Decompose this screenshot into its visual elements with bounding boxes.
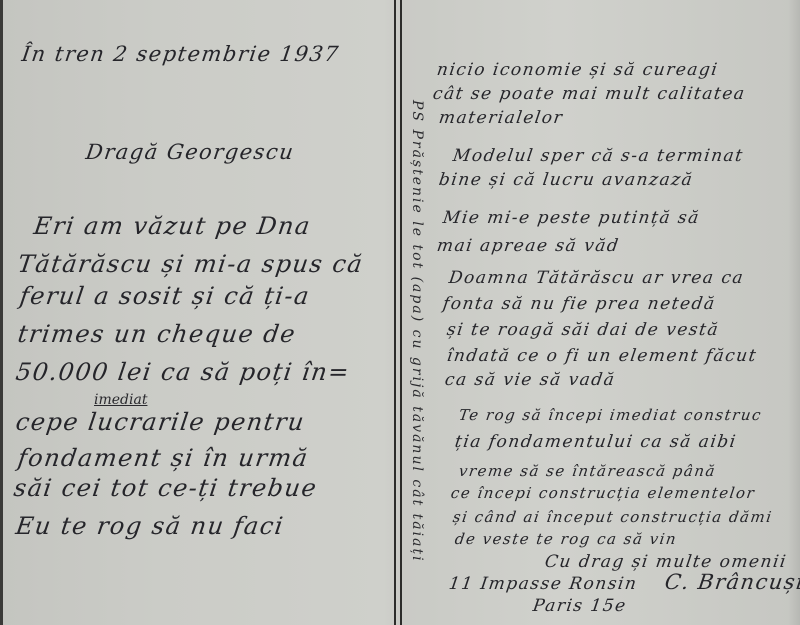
letter-line: materialelor [438,108,565,128]
letter-line: Mie mi-e peste putință să [442,208,702,228]
letter-line: ca să vie să vadă [444,370,617,390]
letter-line: Eu te rog să nu faci [14,512,286,540]
dateline: În tren 2 septembrie 1937 [20,42,341,66]
letter-line: îndată ce o fi un element făcut [446,346,759,366]
signature: C. Brâncuși [663,570,800,594]
letter-line: ferul a sosit și că ți-a [18,282,312,310]
address-line: 11 Impasse Ronsin [448,574,639,594]
letter-line: 50.000 lei ca să poți în= [14,358,352,386]
page-edge [0,0,3,625]
page-fold-line [400,0,402,625]
letter-line: Doamna Tătărăscu ar vrea ca [448,268,746,288]
right-page: PS Prăștenie le tot (apa) cu grijă tăvăn… [403,0,800,625]
letter-line: nicio iconomie și să cureagi [436,60,720,80]
letter-line: Eri am văzut pe Dna [32,212,313,240]
letter-line: cepe lucrarile pentru [14,408,307,436]
address-line: Paris 15e [532,596,629,616]
letter-line: ția fondamentului ca să aibi [454,432,738,452]
letter-line: mai apreae să văd [436,236,621,256]
letter-line: bine și că lucru avanzază [438,170,695,190]
salutation: Dragă Georgescu [84,140,296,164]
inserted-word: imediat [94,392,147,408]
letter-line: săi cei tot ce-ți trebue [12,474,319,502]
left-page: În tren 2 septembrie 1937 Dragă Georgesc… [4,0,392,625]
letter-line: de veste te rog ca să vin [454,530,679,548]
letter-scan: În tren 2 septembrie 1937 Dragă Georgesc… [0,0,800,625]
letter-line: cât se poate mai mult calitatea [432,84,747,104]
letter-line: Tătărăscu și mi-a spus că [16,250,365,278]
margin-note: PS Prăștenie le tot (apa) cu grijă tăvăn… [409,100,425,563]
letter-line: vreme să se întărească până [458,462,718,480]
letter-line: Te rog să începi imediat construc [458,406,763,424]
letter-line: și când ai început construcția dămi [452,508,774,526]
page-fold-line [394,0,396,625]
closing: Cu drag și multe omenii [544,552,789,572]
letter-line: trimes un cheque de [16,320,298,348]
letter-line: fonta să nu fie prea netedă [442,294,717,314]
letter-line: Modelul sper că s-a terminat [452,146,745,166]
letter-line: și te roagă săi dai de vestă [446,320,721,340]
letter-line: fondament și în urmă [16,444,310,472]
letter-line: ce începi construcția elementelor [450,484,757,502]
